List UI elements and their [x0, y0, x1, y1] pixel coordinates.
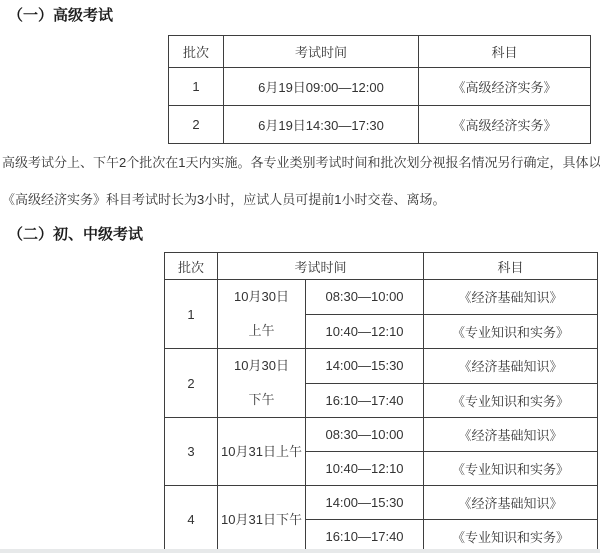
date-line2: 上午	[218, 314, 305, 348]
batch-cell: 2	[169, 106, 224, 144]
table-row: 2 6月19日14:30—17:30 《高级经济实务》	[169, 106, 591, 144]
column-header-batch: 批次	[169, 36, 224, 68]
subject-cell: 《经济基础知识》	[424, 280, 598, 315]
date-cell: 10月31日上午	[218, 418, 306, 486]
column-header-exam-time: 考试时间	[224, 36, 419, 68]
batch-cell: 3	[165, 418, 218, 486]
time-cell: 08:30—10:00	[306, 280, 424, 315]
time-cell: 16:10—17:40	[306, 520, 424, 553]
advanced-exam-note-line1: 高级考试分上、下午2个批次在1天内实施。各专业类别考试时间和批次划分视报名情况另…	[2, 154, 600, 172]
subject-cell: 《高级经济实务》	[419, 68, 591, 106]
date-line2: 下午	[218, 383, 305, 417]
column-header-batch: 批次	[165, 253, 218, 280]
subject-cell: 《高级经济实务》	[419, 106, 591, 144]
advanced-exam-note-line2: 《高级经济实务》科目考试时长为3小时，应试人员可提前1小时交卷、离场。	[2, 191, 600, 209]
page-bottom-edge-bar	[0, 549, 600, 553]
batch-cell: 2	[165, 349, 218, 418]
table-header-row: 批次 考试时间 科目	[165, 253, 598, 280]
subject-cell: 《专业知识和实务》	[424, 314, 598, 349]
column-header-subject: 科目	[424, 253, 598, 280]
time-cell: 14:00—15:30	[306, 349, 424, 384]
table-row: 1 10月30日 上午 08:30—10:00 《经济基础知识》	[165, 280, 598, 315]
subject-cell: 《专业知识和实务》	[424, 383, 598, 418]
section-heading-junior-intermediate-exam: （二）初、中级考试	[8, 226, 600, 244]
time-cell: 10:40—12:10	[306, 314, 424, 349]
date-cell: 10月31日下午	[218, 486, 306, 553]
date-line1: 10月31日上午	[218, 435, 305, 469]
column-header-subject: 科目	[419, 36, 591, 68]
table-row: 2 10月30日 下午 14:00—15:30 《经济基础知识》	[165, 349, 598, 384]
advanced-exam-table: 批次 考试时间 科目 1 6月19日09:00—12:00 《高级经济实务》 2…	[168, 35, 591, 144]
junior-intermediate-exam-table: 批次 考试时间 科目 1 10月30日 上午 08:30—10:00 《经济基础…	[164, 252, 598, 553]
table-row: 4 10月31日下午 14:00—15:30 《经济基础知识》	[165, 486, 598, 520]
subject-cell: 《经济基础知识》	[424, 418, 598, 452]
table-header-row: 批次 考试时间 科目	[169, 36, 591, 68]
exam-time-cell: 6月19日14:30—17:30	[224, 106, 419, 144]
time-cell: 10:40—12:10	[306, 452, 424, 486]
section-heading-advanced-exam: （一）高级考试	[8, 7, 600, 25]
date-line1: 10月31日下午	[218, 503, 305, 537]
date-cell: 10月30日 下午	[218, 349, 306, 418]
date-line1: 10月30日	[218, 349, 305, 383]
date-line1: 10月30日	[218, 280, 305, 314]
subject-cell: 《经济基础知识》	[424, 349, 598, 384]
date-cell: 10月30日 上午	[218, 280, 306, 349]
table-row: 3 10月31日上午 08:30—10:00 《经济基础知识》	[165, 418, 598, 452]
subject-cell: 《经济基础知识》	[424, 486, 598, 520]
time-cell: 16:10—17:40	[306, 383, 424, 418]
exam-time-cell: 6月19日09:00—12:00	[224, 68, 419, 106]
batch-cell: 1	[169, 68, 224, 106]
time-cell: 08:30—10:00	[306, 418, 424, 452]
column-header-exam-time: 考试时间	[218, 253, 424, 280]
subject-cell: 《专业知识和实务》	[424, 520, 598, 553]
time-cell: 14:00—15:30	[306, 486, 424, 520]
batch-cell: 4	[165, 486, 218, 553]
table-row: 1 6月19日09:00—12:00 《高级经济实务》	[169, 68, 591, 106]
batch-cell: 1	[165, 280, 218, 349]
subject-cell: 《专业知识和实务》	[424, 452, 598, 486]
